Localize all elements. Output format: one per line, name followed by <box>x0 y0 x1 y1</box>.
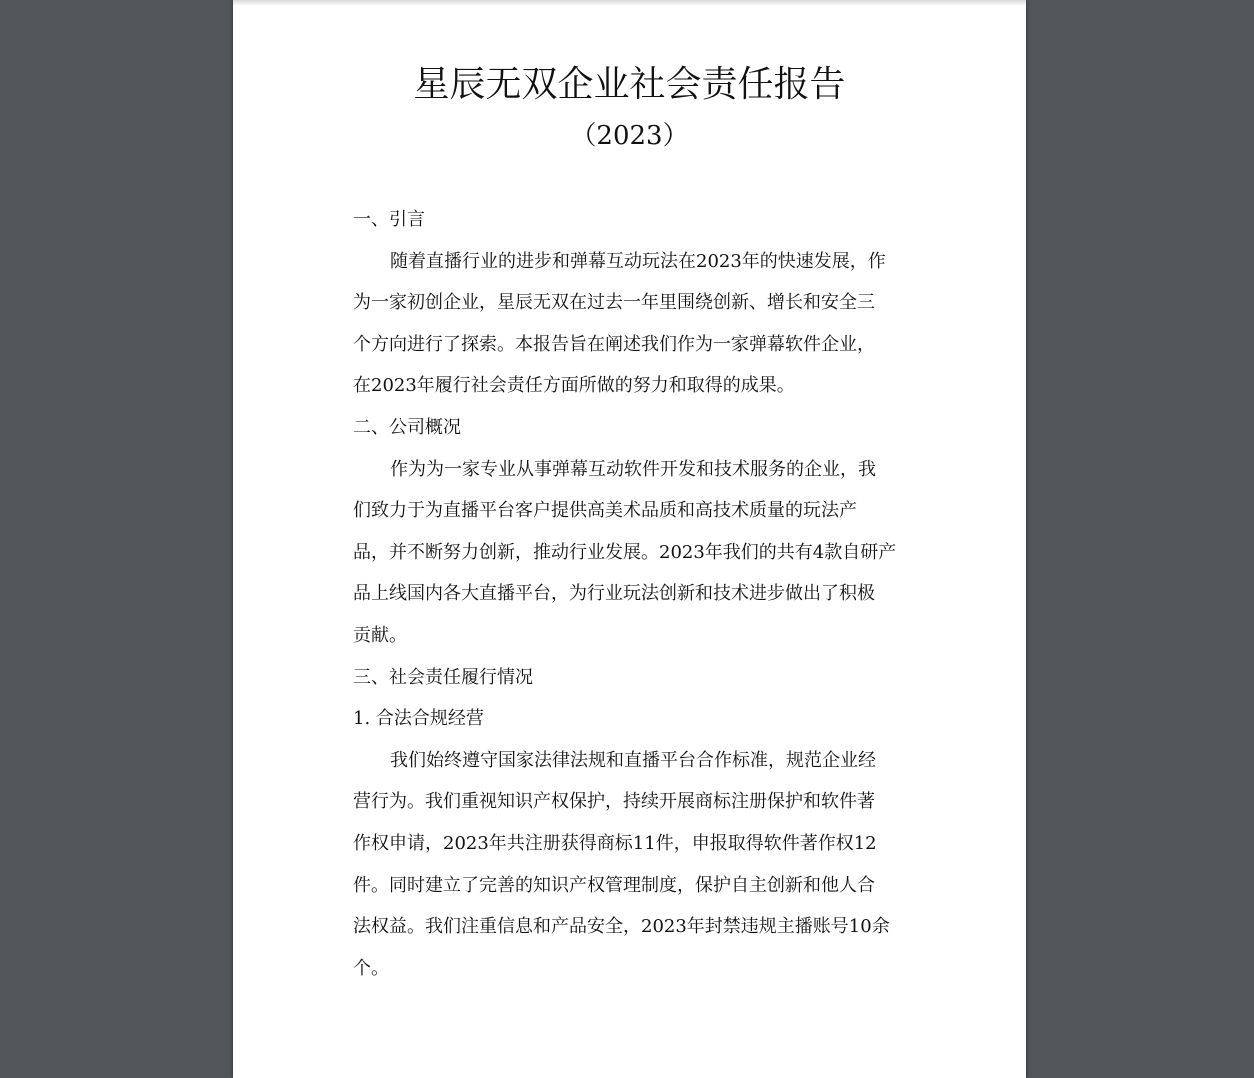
introduction-paragraph: 随着直播行业的进步和弹幕互动玩法在2023年的快速发展，作 为一家初创企业，星辰… <box>353 241 906 407</box>
subheading-legal-compliance: 1. 合法合规经营 <box>353 698 906 740</box>
paragraph-line: 品上线国内各大直播平台，为行业玩法创新和技术进步做出了积极 <box>353 573 906 615</box>
document-title: 星辰无双企业社会责任报告 <box>353 62 906 108</box>
paragraph-line: 作权申请，2023年共注册获得商标11件，申报取得软件著作权12 <box>353 823 906 865</box>
company-overview-paragraph: 作为为一家专业从事弹幕互动软件开发和技术服务的企业，我 们致力于为直播平台客户提… <box>353 449 906 657</box>
paragraph-line: 随着直播行业的进步和弹幕互动玩法在2023年的快速发展，作 <box>353 241 906 283</box>
legal-compliance-paragraph: 我们始终遵守国家法律法规和直播平台合作标准，规范企业经 营行为。我们重视知识产权… <box>353 740 906 990</box>
paragraph-line: 作为为一家专业从事弹幕互动软件开发和技术服务的企业，我 <box>353 449 906 491</box>
document-subtitle: （2023） <box>353 118 906 154</box>
paragraph-line: 个方向进行了探索。本报告旨在阐述我们作为一家弹幕软件企业， <box>353 324 906 366</box>
paragraph-line: 们致力于为直播平台客户提供高美术品质和高技术质量的玩法产 <box>353 490 906 532</box>
document-page: 星辰无双企业社会责任报告 （2023） 一、引言 随着直播行业的进步和弹幕互动玩… <box>233 0 1026 1078</box>
paragraph-line: 品，并不断努力创新，推动行业发展。2023年我们的共有4款自研产 <box>353 532 906 574</box>
section-heading-introduction: 一、引言 <box>353 199 906 241</box>
paragraph-line: 营行为。我们重视知识产权保护，持续开展商标注册保护和软件著 <box>353 781 906 823</box>
paragraph-line: 法权益。我们注重信息和产品安全，2023年封禁违规主播账号10余 <box>353 906 906 948</box>
paragraph-line: 我们始终遵守国家法律法规和直播平台合作标准，规范企业经 <box>353 740 906 782</box>
paragraph-line: 个。 <box>353 948 906 990</box>
paragraph-line: 为一家初创企业，星辰无双在过去一年里围绕创新、增长和安全三 <box>353 282 906 324</box>
paragraph-line: 件。同时建立了完善的知识产权管理制度，保护自主创新和他人合 <box>353 865 906 907</box>
section-heading-csr-fulfillment: 三、社会责任履行情况 <box>353 657 906 699</box>
section-heading-company-overview: 二、公司概况 <box>353 407 906 449</box>
document-body: 一、引言 随着直播行业的进步和弹幕互动玩法在2023年的快速发展，作 为一家初创… <box>353 199 906 989</box>
document-viewer: 星辰无双企业社会责任报告 （2023） 一、引言 随着直播行业的进步和弹幕互动玩… <box>0 0 1254 1078</box>
paragraph-line: 在2023年履行社会责任方面所做的努力和取得的成果。 <box>353 365 906 407</box>
paragraph-line: 贡献。 <box>353 615 906 657</box>
